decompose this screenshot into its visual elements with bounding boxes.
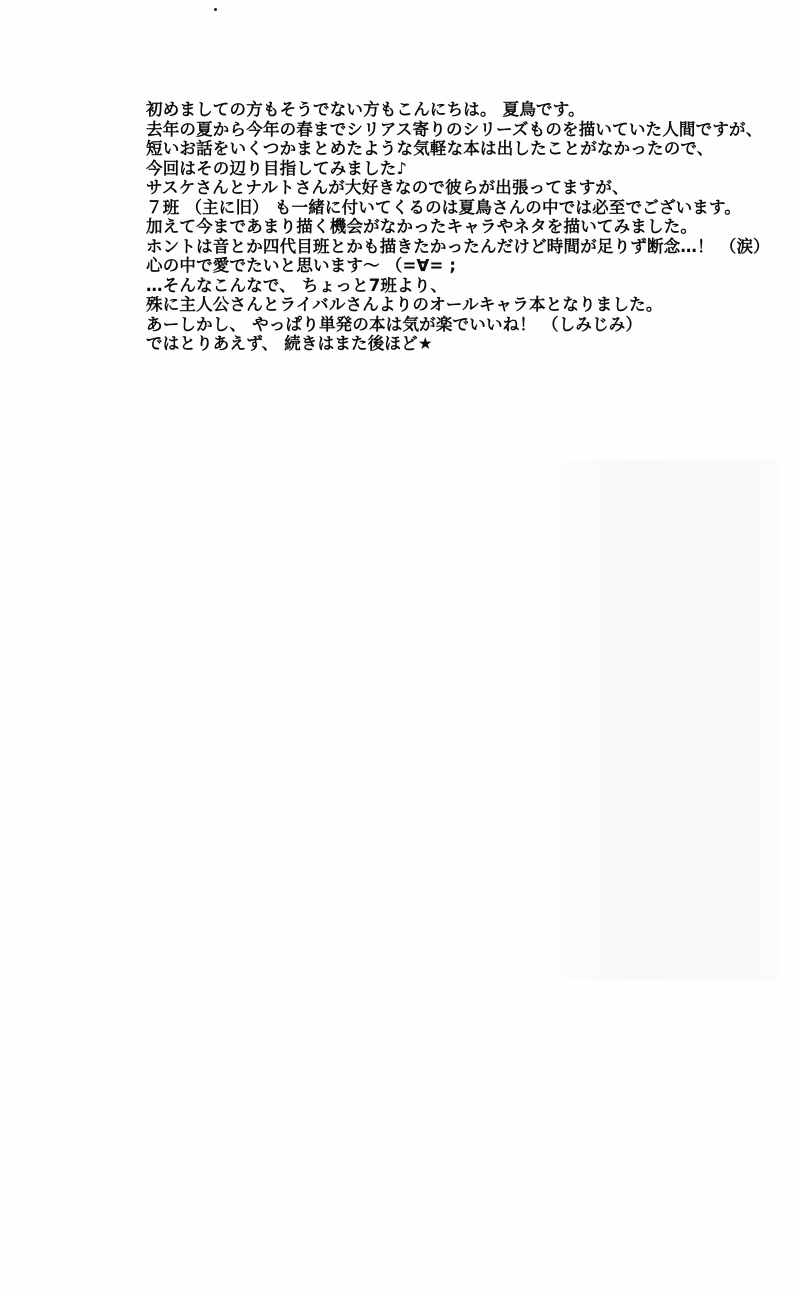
note-line: ではとりあえず、 続きはまた後ほど★: [146, 334, 786, 354]
note-line: 加えて今まであまり描く機会がなかったキャラやネタを描いてみました。: [146, 217, 786, 237]
note-line: ７班 （主に旧） も一緒に付いてくるのは夏鳥さんの中では必至でございます。: [146, 198, 786, 218]
note-line: 短いお話をいくつかまとめたような気軽な本は出したことがなかったので、: [146, 139, 786, 159]
note-line: 去年の夏から今年の春までシリアス寄りのシリーズものを描いていた人間ですが、: [146, 120, 786, 140]
note-line: 今回はその辺り目指してみました♪: [146, 159, 786, 179]
note-line: サスケさんとナルトさんが大好きなので彼らが出張ってますが、: [146, 178, 786, 198]
author-note: 初めましての方もそうでない方もこんにちは。 夏鳥です。 去年の夏から今年の春まで…: [146, 100, 786, 354]
scan-speck: [214, 8, 217, 11]
scan-shading: [540, 460, 780, 980]
note-line: あーしかし、 やっぱり単発の本は気が楽でいいね！ （しみじみ）: [146, 315, 786, 335]
note-line: 心の中で愛でたいと思います～ （=∀= ;: [146, 256, 786, 276]
note-line: 殊に主人公さんとライバルさんよりのオールキャラ本となりました。: [146, 295, 786, 315]
note-line: …そんなこんなで、 ちょっと7班より、: [146, 276, 786, 296]
note-line: 初めましての方もそうでない方もこんにちは。 夏鳥です。: [146, 100, 786, 120]
note-line: ホントは音とか四代目班とかも描きたかったんだけど時間が足りず断念…！ （涙）: [146, 237, 786, 257]
